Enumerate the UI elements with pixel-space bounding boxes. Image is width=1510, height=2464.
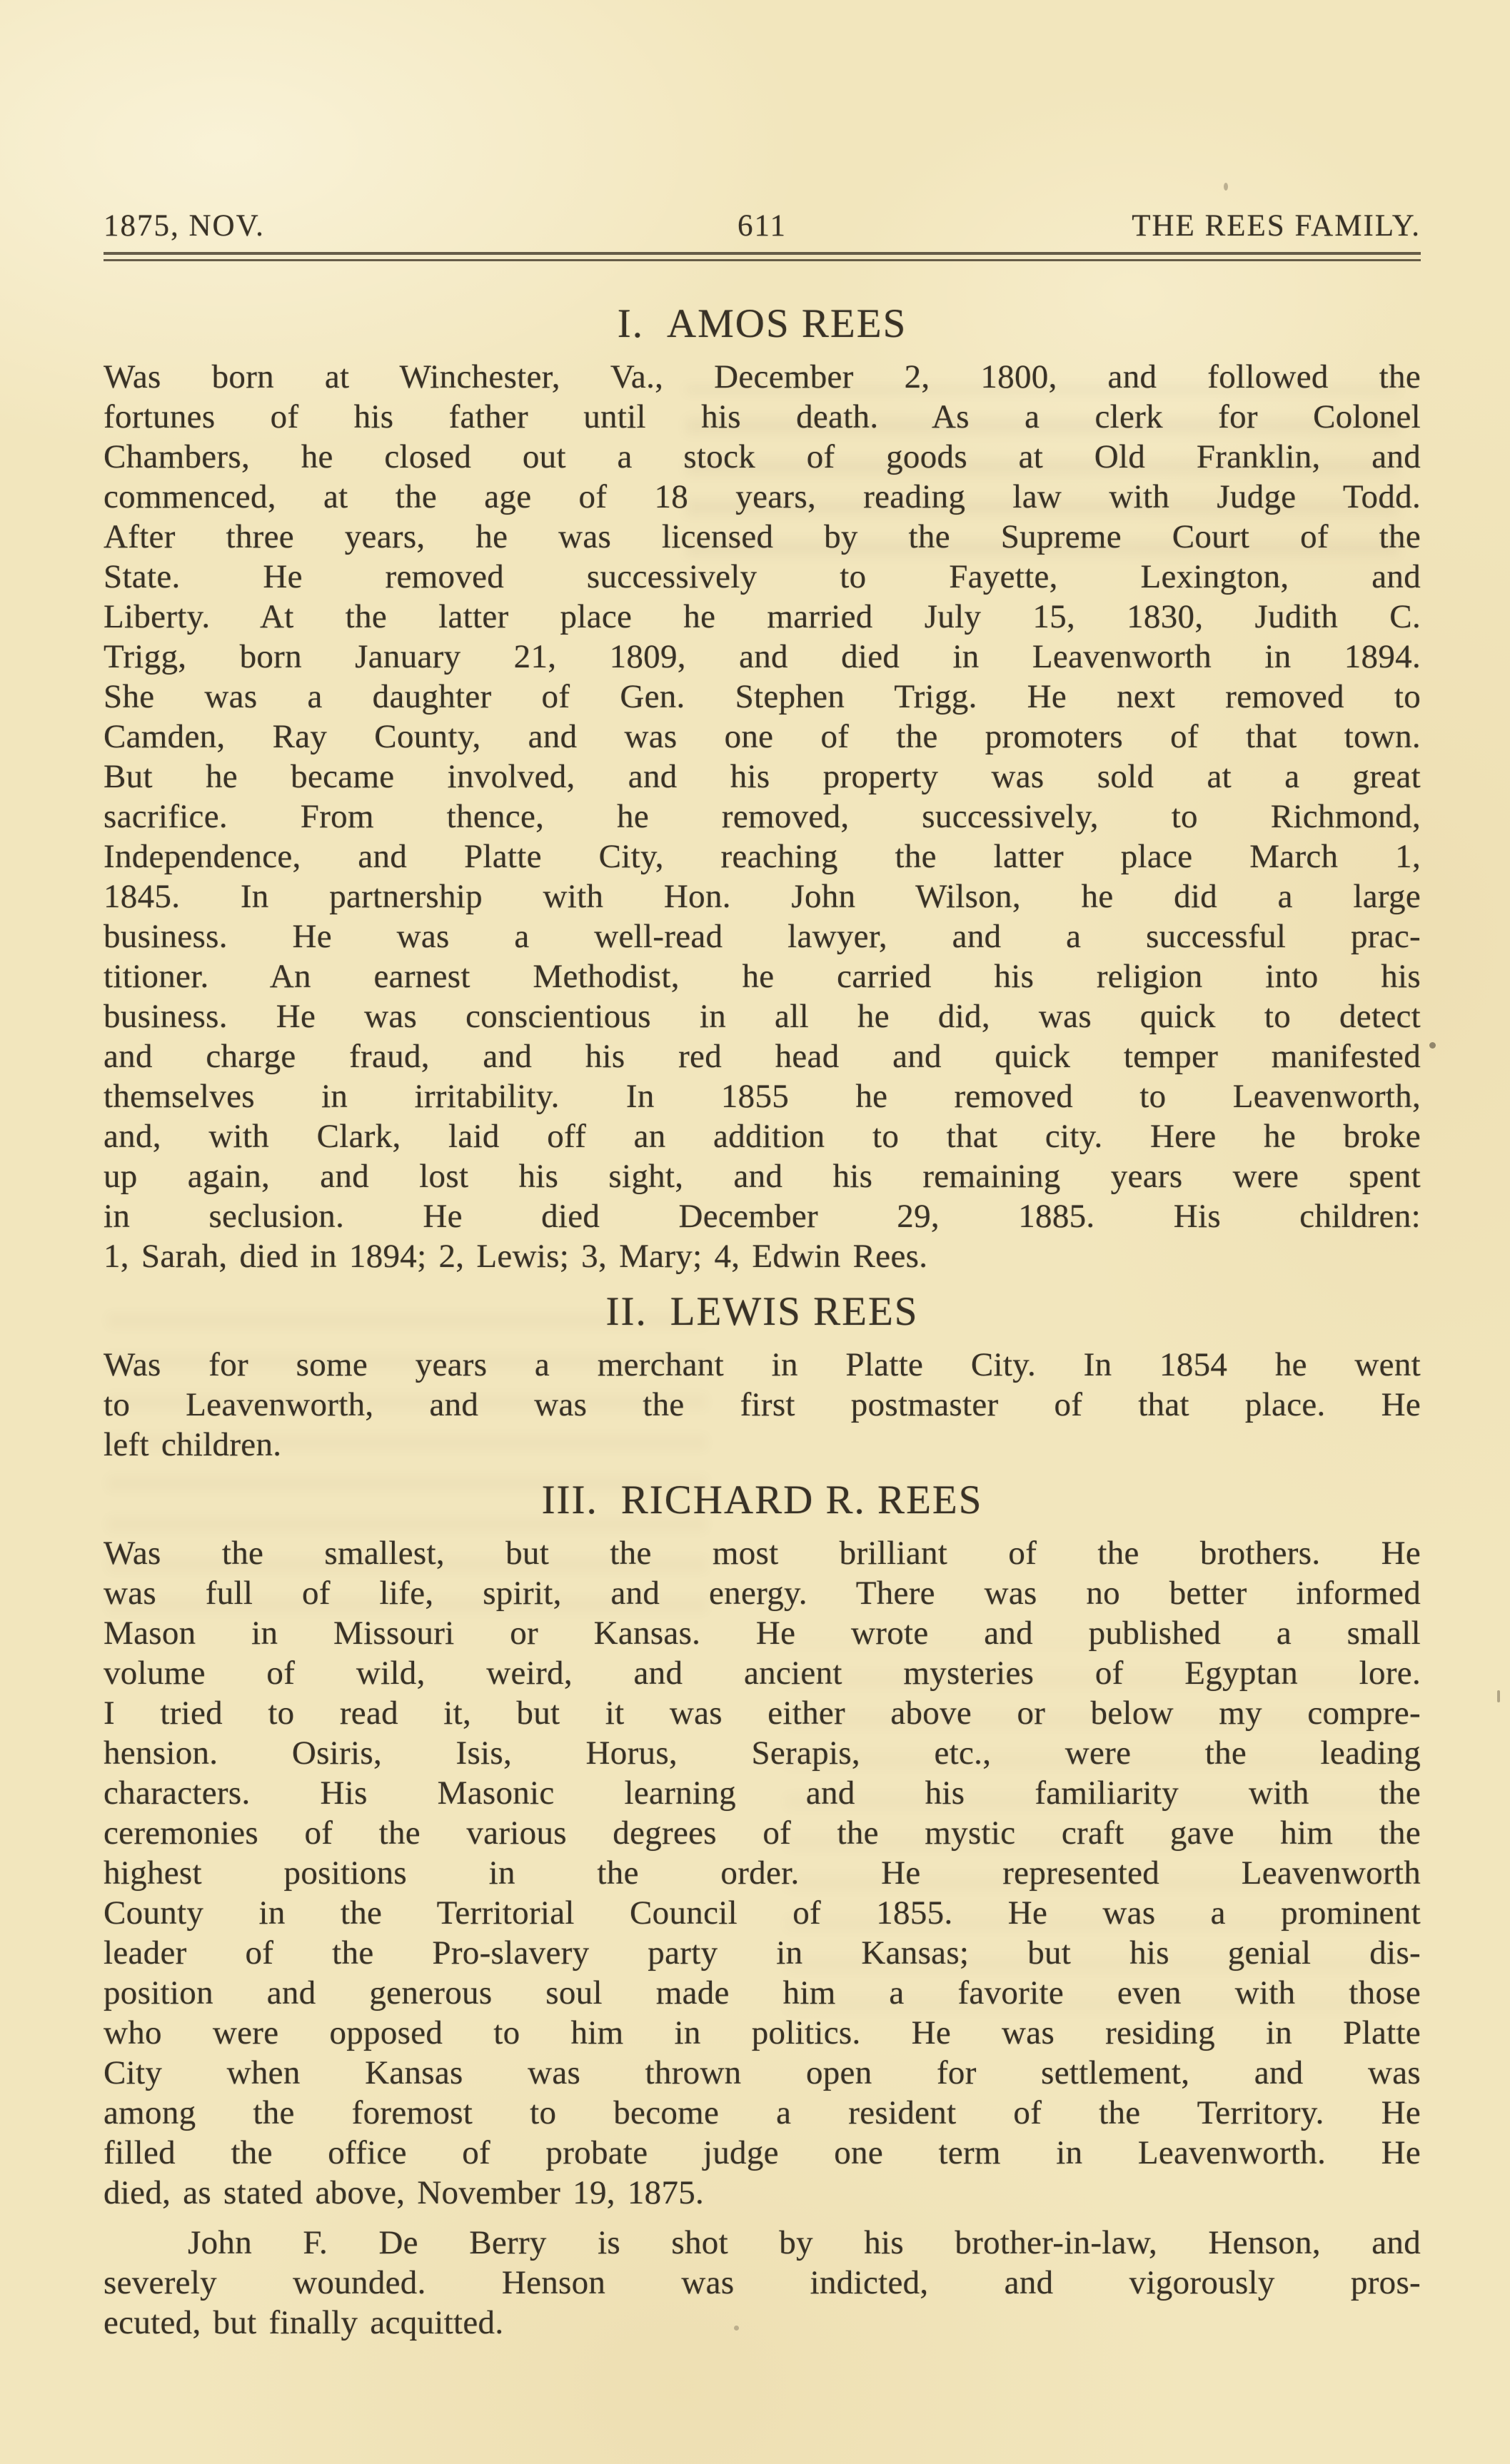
text-line: 1845. In partnership with Hon. John Wils… <box>104 877 1421 917</box>
text-line: up again, and lost his sight, and his re… <box>104 1156 1421 1196</box>
text-line: business. He was a well-read lawyer, and… <box>104 917 1421 956</box>
text-line: business. He was conscientious in all he… <box>104 996 1421 1036</box>
text-line: commenced, at the age of 18 years, readi… <box>104 477 1421 517</box>
text-line: hension. Osiris, Isis, Horus, Serapis, e… <box>104 1733 1421 1773</box>
text-line: Was for some years a merchant in Platte … <box>104 1345 1421 1385</box>
text-line: State. He removed successively to Fayett… <box>104 557 1421 597</box>
text-block: 1875, NOV. 611 THE REES FAMILY. I.AMOS R… <box>104 0 1421 2343</box>
text-line: Chambers, he closed out a stock of goods… <box>104 437 1421 477</box>
text-line: She was a daughter of Gen. Stephen Trigg… <box>104 677 1421 717</box>
text-line: sacrifice. From thence, he removed, succ… <box>104 797 1421 837</box>
text-line: highest positions in the order. He repre… <box>104 1853 1421 1893</box>
text-line: Liberty. At the latter place he married … <box>104 597 1421 637</box>
book-page: 1875, NOV. 611 THE REES FAMILY. I.AMOS R… <box>0 0 1510 2464</box>
text-line: themselves in irritability. In 1855 he r… <box>104 1076 1421 1116</box>
text-line: to Leavenworth, and was the first postma… <box>104 1385 1421 1425</box>
text-line: leader of the Pro-slavery party in Kansa… <box>104 1933 1421 1973</box>
text-line: City when Kansas was thrown open for set… <box>104 2053 1421 2093</box>
text-line: among the foremost to become a resident … <box>104 2093 1421 2133</box>
text-line: who were opposed to him in politics. He … <box>104 2013 1421 2053</box>
section-heading: III.RICHARD R. REES <box>104 1478 1421 1523</box>
text-line: Trigg, born January 21, 1809, and died i… <box>104 637 1421 677</box>
paragraph: Was born at Winchester, Va., December 2,… <box>104 357 1421 1276</box>
paragraph: John F. De Berry is shot by his brother-… <box>104 2223 1421 2343</box>
text-line: position and generous soul made him a fa… <box>104 1973 1421 2013</box>
section-numeral: I. <box>618 301 644 346</box>
running-header: 1875, NOV. 611 THE REES FAMILY. <box>104 210 1421 243</box>
text-line: 1, Sarah, died in 1894; 2, Lewis; 3, Mar… <box>104 1236 1421 1276</box>
header-rule <box>104 252 1421 261</box>
paragraph: Was the smallest, but the most brilliant… <box>104 1533 1421 2213</box>
text-line: Was born at Winchester, Va., December 2,… <box>104 357 1421 397</box>
page-number: 611 <box>738 210 787 243</box>
section-title: LEWIS REES <box>670 1289 919 1334</box>
text-line: volume of wild, weird, and ancient myste… <box>104 1653 1421 1693</box>
text-line: ecuted, but finally acquitted. <box>104 2303 1421 2343</box>
section-title: AMOS REES <box>667 301 907 346</box>
paragraph: Was for some years a merchant in Platte … <box>104 1345 1421 1465</box>
section-numeral: III. <box>542 1478 598 1523</box>
text-line: severely wounded. Henson was indicted, a… <box>104 2263 1421 2303</box>
text-line: left children. <box>104 1425 1421 1465</box>
header-date: 1875, NOV. <box>104 210 738 243</box>
text-line: Mason in Missouri or Kansas. He wrote an… <box>104 1613 1421 1653</box>
text-line: After three years, he was licensed by th… <box>104 517 1421 557</box>
text-line: in seclusion. He died December 29, 1885.… <box>104 1196 1421 1236</box>
text-line: ceremonies of the various degrees of the… <box>104 1813 1421 1853</box>
section-title: RICHARD R. REES <box>621 1478 983 1523</box>
header-book-title: THE REES FAMILY. <box>787 210 1421 243</box>
text-line: Independence, and Platte City, reaching … <box>104 837 1421 877</box>
text-line: fortunes of his father until his death. … <box>104 397 1421 437</box>
text-line: John F. De Berry is shot by his brother-… <box>104 2223 1421 2263</box>
sections: I.AMOS REESWas born at Winchester, Va., … <box>104 301 1421 2343</box>
text-line: characters. His Masonic learning and his… <box>104 1773 1421 1813</box>
text-line: Camden, Ray County, and was one of the p… <box>104 717 1421 757</box>
text-line: Was the smallest, but the most brilliant… <box>104 1533 1421 1573</box>
text-line: But he became involved, and his property… <box>104 757 1421 797</box>
section-numeral: II. <box>606 1289 648 1334</box>
text-line: titioner. An earnest Methodist, he carri… <box>104 956 1421 996</box>
section-heading: II.LEWIS REES <box>104 1289 1421 1335</box>
text-line: County in the Territorial Council of 185… <box>104 1893 1421 1933</box>
text-line: and charge fraud, and his red head and q… <box>104 1036 1421 1076</box>
scan-speck <box>1429 1042 1436 1049</box>
text-line: was full of life, spirit, and energy. Th… <box>104 1573 1421 1613</box>
text-line: and, with Clark, laid off an addition to… <box>104 1116 1421 1156</box>
section-heading: I.AMOS REES <box>104 301 1421 347</box>
text-line: filled the office of probate judge one t… <box>104 2133 1421 2173</box>
text-line: died, as stated above, November 19, 1875… <box>104 2173 1421 2213</box>
scan-speck <box>1497 1690 1500 1702</box>
text-line: I tried to read it, but it was either ab… <box>104 1693 1421 1733</box>
